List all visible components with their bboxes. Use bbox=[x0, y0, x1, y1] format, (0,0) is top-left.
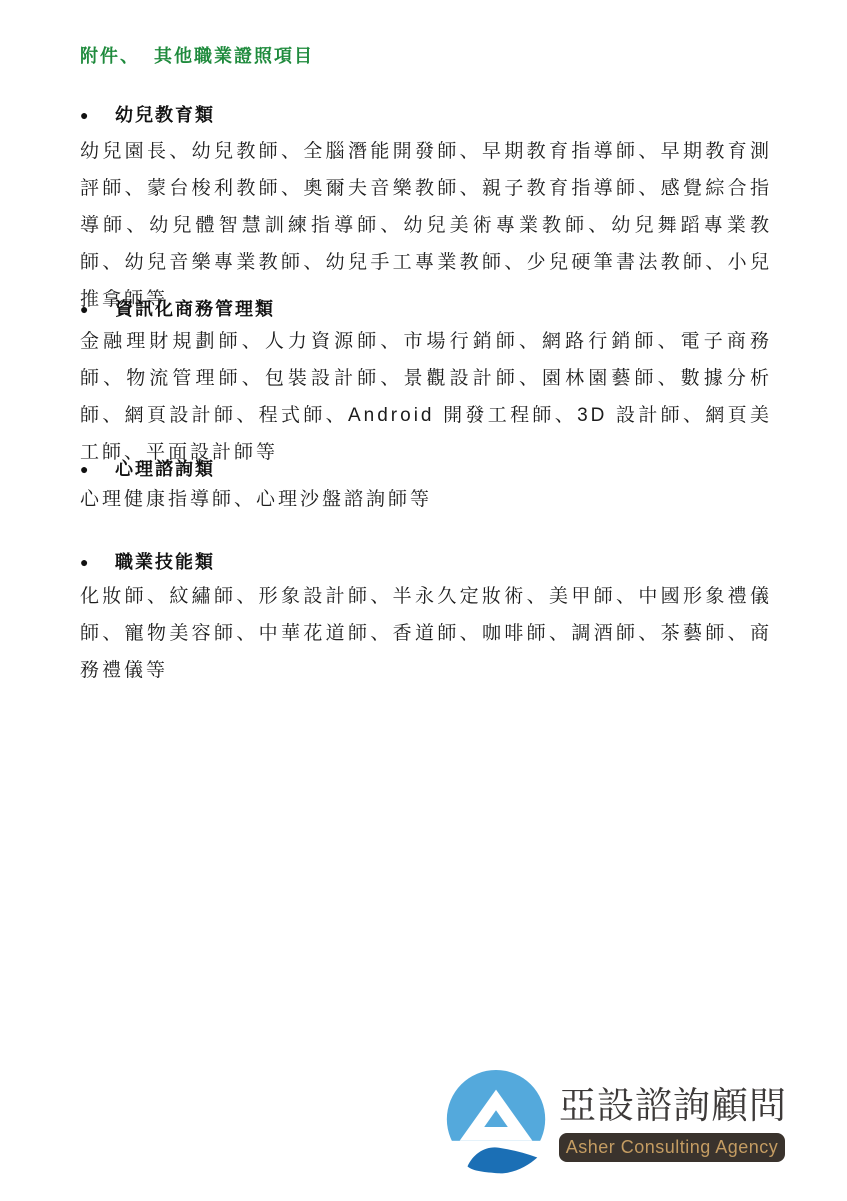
logo-badge: Asher Consulting Agency bbox=[559, 1133, 785, 1162]
page-title-text: 其他職業證照項目 bbox=[154, 46, 314, 66]
section-heading-label: 幼兒教育類 bbox=[115, 105, 215, 125]
logo-company-name-zh: 亞設諮詢顧問 bbox=[559, 1082, 787, 1130]
section-heading-label: 資訊化商務管理類 bbox=[115, 299, 275, 319]
section-body-vocational-skills: 化妝師、紋繡師、形象設計師、半永久定妝術、美甲師、中國形象禮儀師、寵物美容師、中… bbox=[80, 578, 772, 689]
bullet-icon: ● bbox=[80, 457, 115, 481]
page-title-prefix: 附件、 bbox=[80, 46, 140, 66]
section-heading-label: 職業技能類 bbox=[115, 552, 215, 572]
section-heading-label: 心理諮詢類 bbox=[115, 459, 215, 479]
asher-logo-icon bbox=[437, 1069, 557, 1189]
bullet-icon: ● bbox=[80, 297, 115, 321]
document-page: 附件、其他職業證照項目 ●幼兒教育類 幼兒園長、幼兒教師、全腦潛能開發師、早期教… bbox=[0, 0, 847, 1201]
bullet-icon: ● bbox=[80, 103, 115, 127]
company-logo: 亞設諮詢顧問 Asher Consulting Agency bbox=[437, 1057, 787, 1185]
section-body-psychological-counseling: 心理健康指導師、心理沙盤諮詢師等 bbox=[80, 481, 772, 518]
section-body-it-business-management: 金融理財規劃師、人力資源師、市場行銷師、網路行銷師、電子商務師、物流管理師、包裝… bbox=[80, 323, 772, 471]
bullet-icon: ● bbox=[80, 550, 115, 574]
section-heading-it-business-management: ●資訊化商務管理類 bbox=[80, 297, 772, 321]
section-body-early-childhood-education: 幼兒園長、幼兒教師、全腦潛能開發師、早期教育指導師、早期教育測評師、蒙台梭利教師… bbox=[80, 133, 772, 318]
page-title: 附件、其他職業證照項目 bbox=[80, 44, 314, 68]
section-heading-psychological-counseling: ●心理諮詢類 bbox=[80, 457, 772, 481]
section-heading-early-childhood-education: ●幼兒教育類 bbox=[80, 103, 772, 127]
logo-text-block: 亞設諮詢顧問 Asher Consulting Agency bbox=[559, 1057, 787, 1162]
logo-company-name-en: Asher Consulting Agency bbox=[566, 1137, 779, 1158]
section-heading-vocational-skills: ●職業技能類 bbox=[80, 550, 772, 574]
